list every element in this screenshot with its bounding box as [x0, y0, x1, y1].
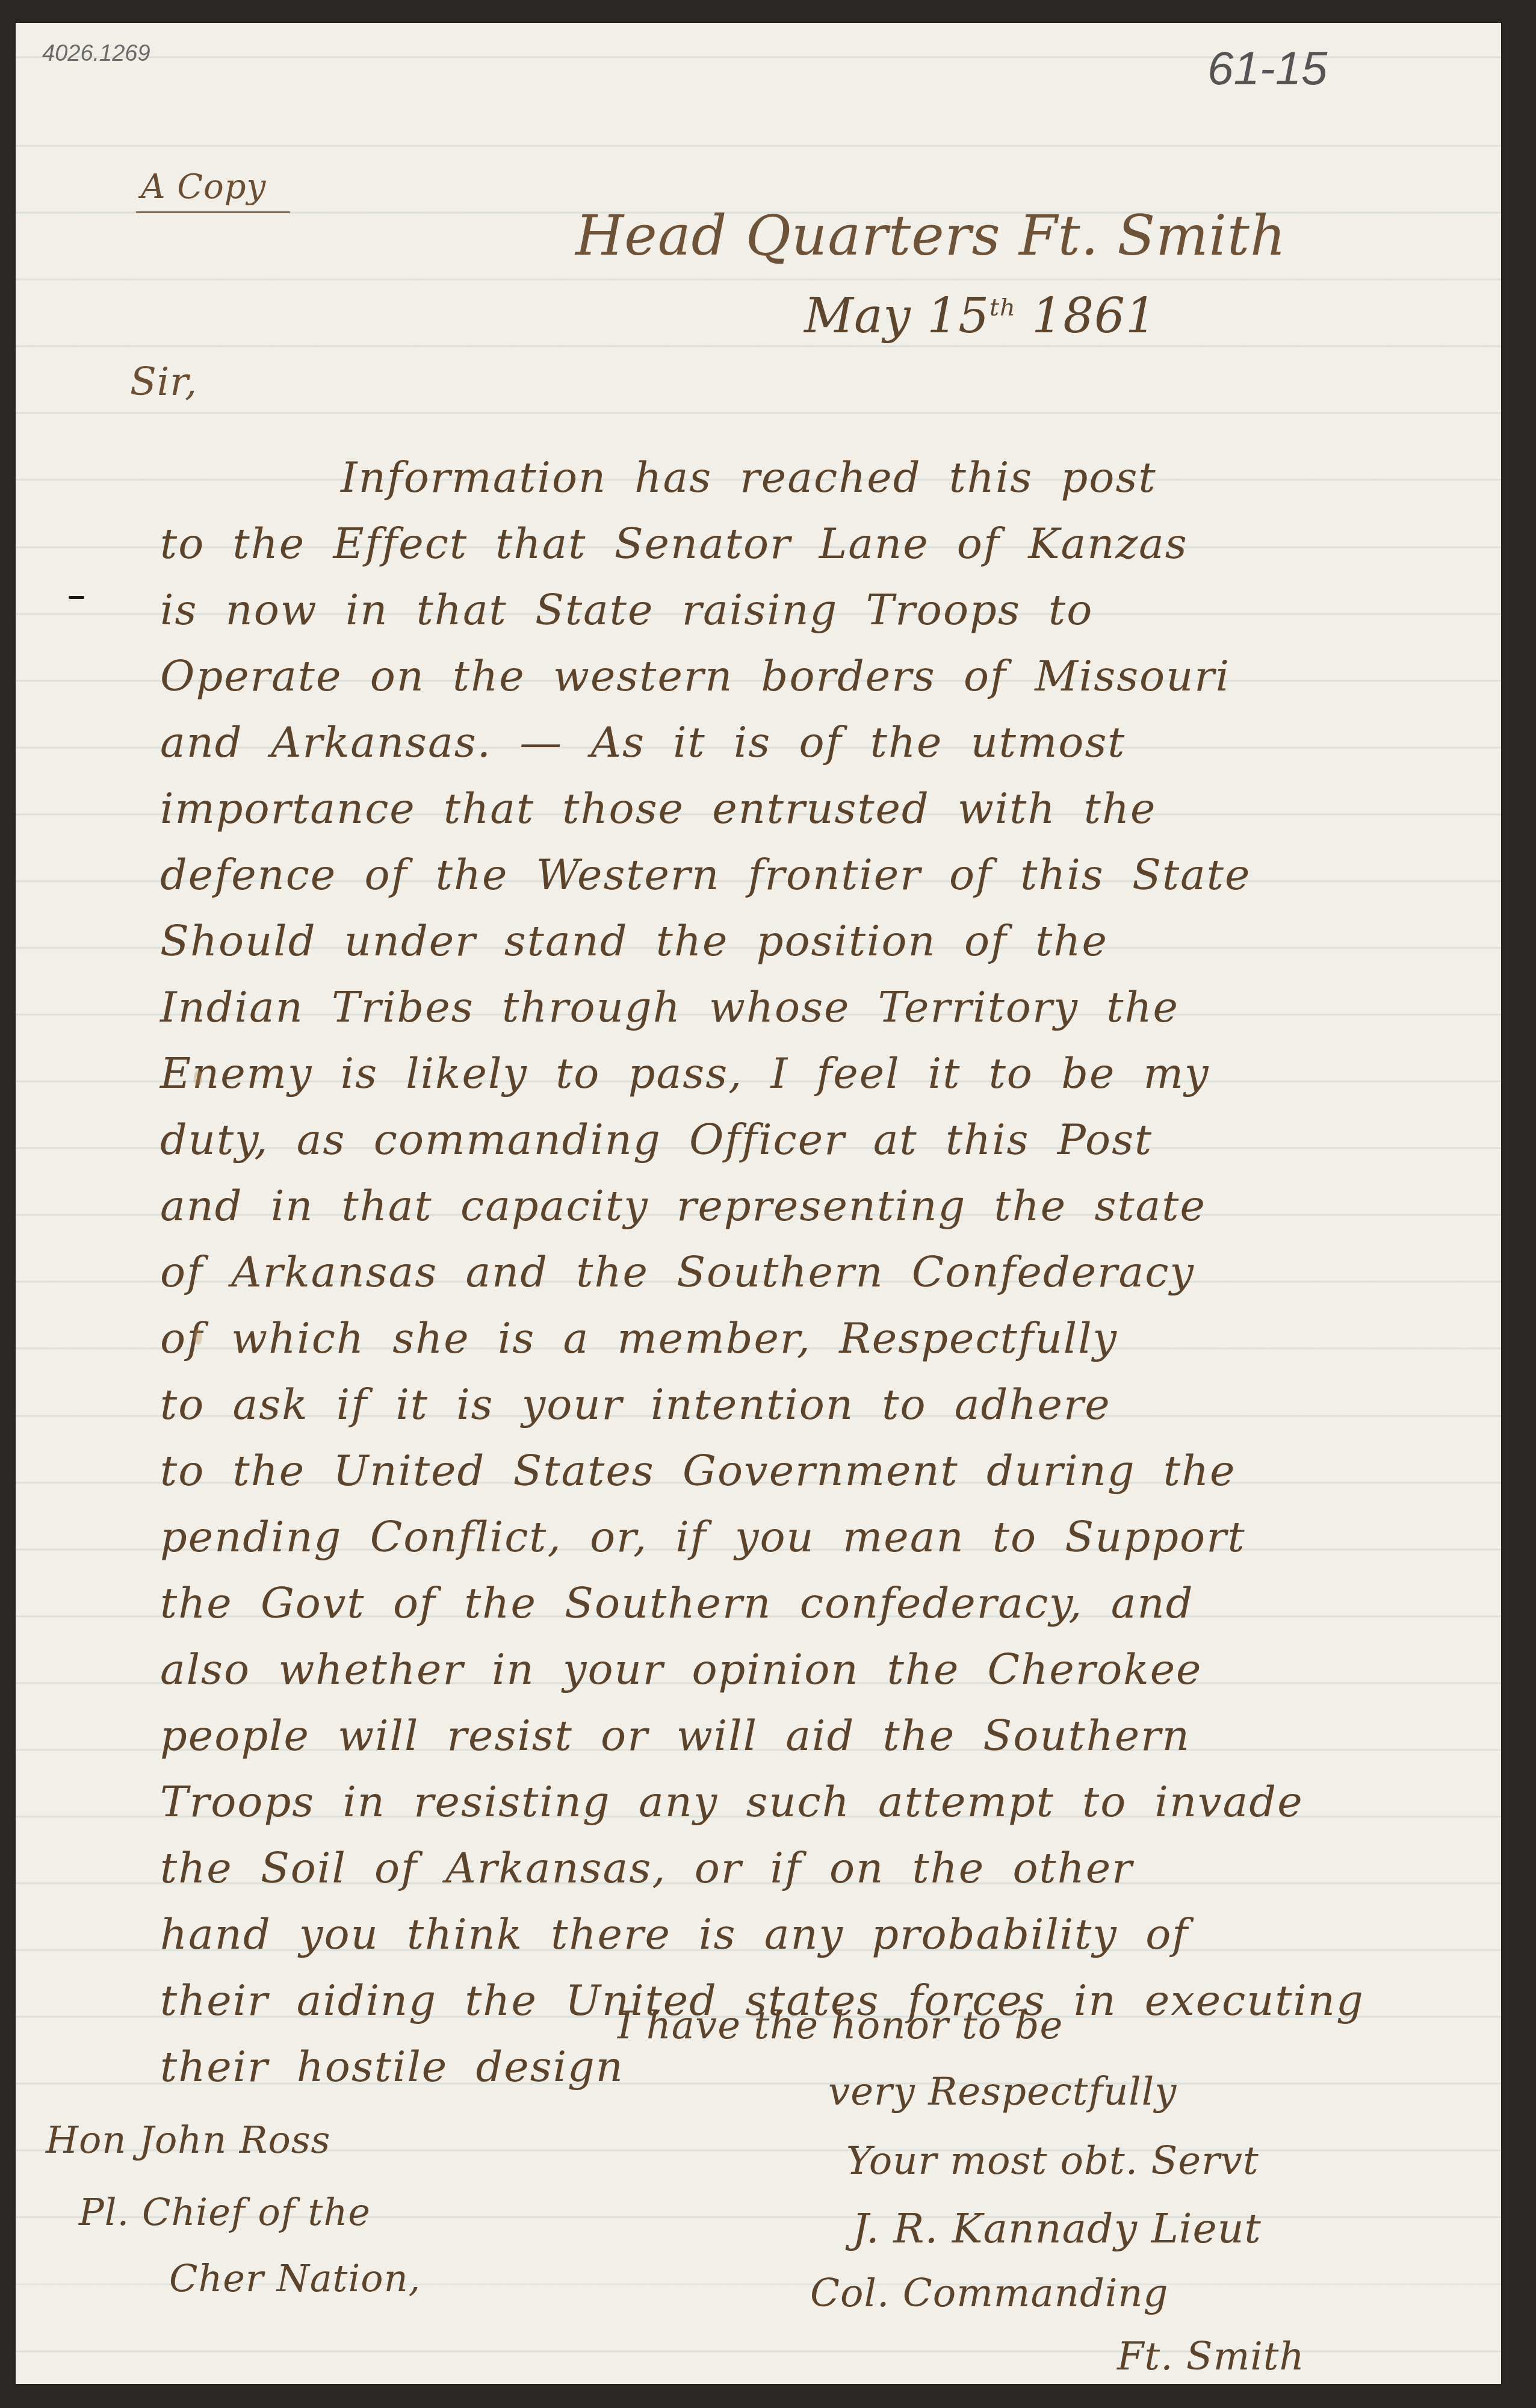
body-line: defence of the Western frontier of this … [160, 842, 1454, 908]
signature-title: Col. Commanding [810, 2271, 1169, 2316]
body-line: to the United States Government during t… [160, 1438, 1454, 1504]
body-line: the Govt of the Southern confederacy, an… [160, 1570, 1454, 1636]
body-line: and in that capacity representing the st… [160, 1173, 1454, 1239]
ink-stain [194, 1329, 202, 1345]
body-line: to ask if it is your intention to adhere [160, 1371, 1454, 1438]
body-line: Enemy is likely to pass, I feel it to be… [160, 1040, 1454, 1106]
body-line: and Arkansas. — As it is of the utmost [160, 709, 1454, 775]
signature: J. R. Kannady Lieut [852, 2205, 1262, 2253]
body-line: Operate on the western borders of Missou… [160, 643, 1454, 709]
addressee-title: Pl. Chief of the [79, 2190, 371, 2234]
date-ordinal: th [989, 294, 1016, 321]
body-line: duty, as commanding Officer at this Post [160, 1106, 1454, 1173]
body-line: is now in that State raising Troops to [160, 577, 1454, 643]
body-line: Troops in resisting any such attempt to … [160, 1769, 1454, 1835]
addressee-nation: Cher Nation, [169, 2256, 421, 2300]
letter-page: 4026.1269 61-15 A Copy Head Quarters Ft.… [16, 23, 1501, 2384]
signature-place: Ft. Smith [1117, 2335, 1305, 2379]
body-line: Should under stand the position of the [160, 908, 1454, 974]
body-line: of Arkansas and the Southern Confederacy [160, 1239, 1454, 1305]
letter-body: Information has reached this post to the… [160, 444, 1454, 2100]
copy-note: A Copy [136, 167, 290, 213]
closing-line: Your most obt. Servt [846, 2139, 1259, 2183]
body-line: the Soil of Arkansas, or if on the other [160, 1835, 1454, 1901]
date-day: May 15 [804, 288, 989, 344]
closing-line: very Respectfully [828, 2070, 1177, 2114]
margin-dash-mark [69, 596, 84, 599]
salutation: Sir, [130, 360, 197, 405]
addressee-name: Hon John Ross [46, 2118, 330, 2162]
folio-number: 61-15 [1207, 41, 1328, 96]
body-line: also whether in your opinion the Cheroke… [160, 1636, 1454, 1702]
catalog-number: 4026.1269 [42, 41, 150, 67]
closing-line: I have the honor to be [618, 2003, 1063, 2048]
body-line: pending Conflict, or, if you mean to Sup… [160, 1504, 1454, 1570]
body-line: Indian Tribes through whose Territory th… [160, 974, 1454, 1040]
date-year: 1861 [1032, 288, 1157, 344]
heading-date: May 15th 1861 [804, 288, 1157, 344]
body-line: to the Effect that Senator Lane of Kanza… [160, 510, 1454, 577]
heading-place: Head Quarters Ft. Smith [575, 203, 1286, 268]
ink-stain [194, 1070, 202, 1086]
body-line: of which she is a member, Respectfully [160, 1305, 1454, 1371]
body-line: Information has reached this post [160, 444, 1454, 510]
body-line: hand you think there is any probability … [160, 1901, 1454, 1967]
body-line: people will resist or will aid the South… [160, 1702, 1454, 1769]
body-line: importance that those entrusted with the [160, 775, 1454, 842]
